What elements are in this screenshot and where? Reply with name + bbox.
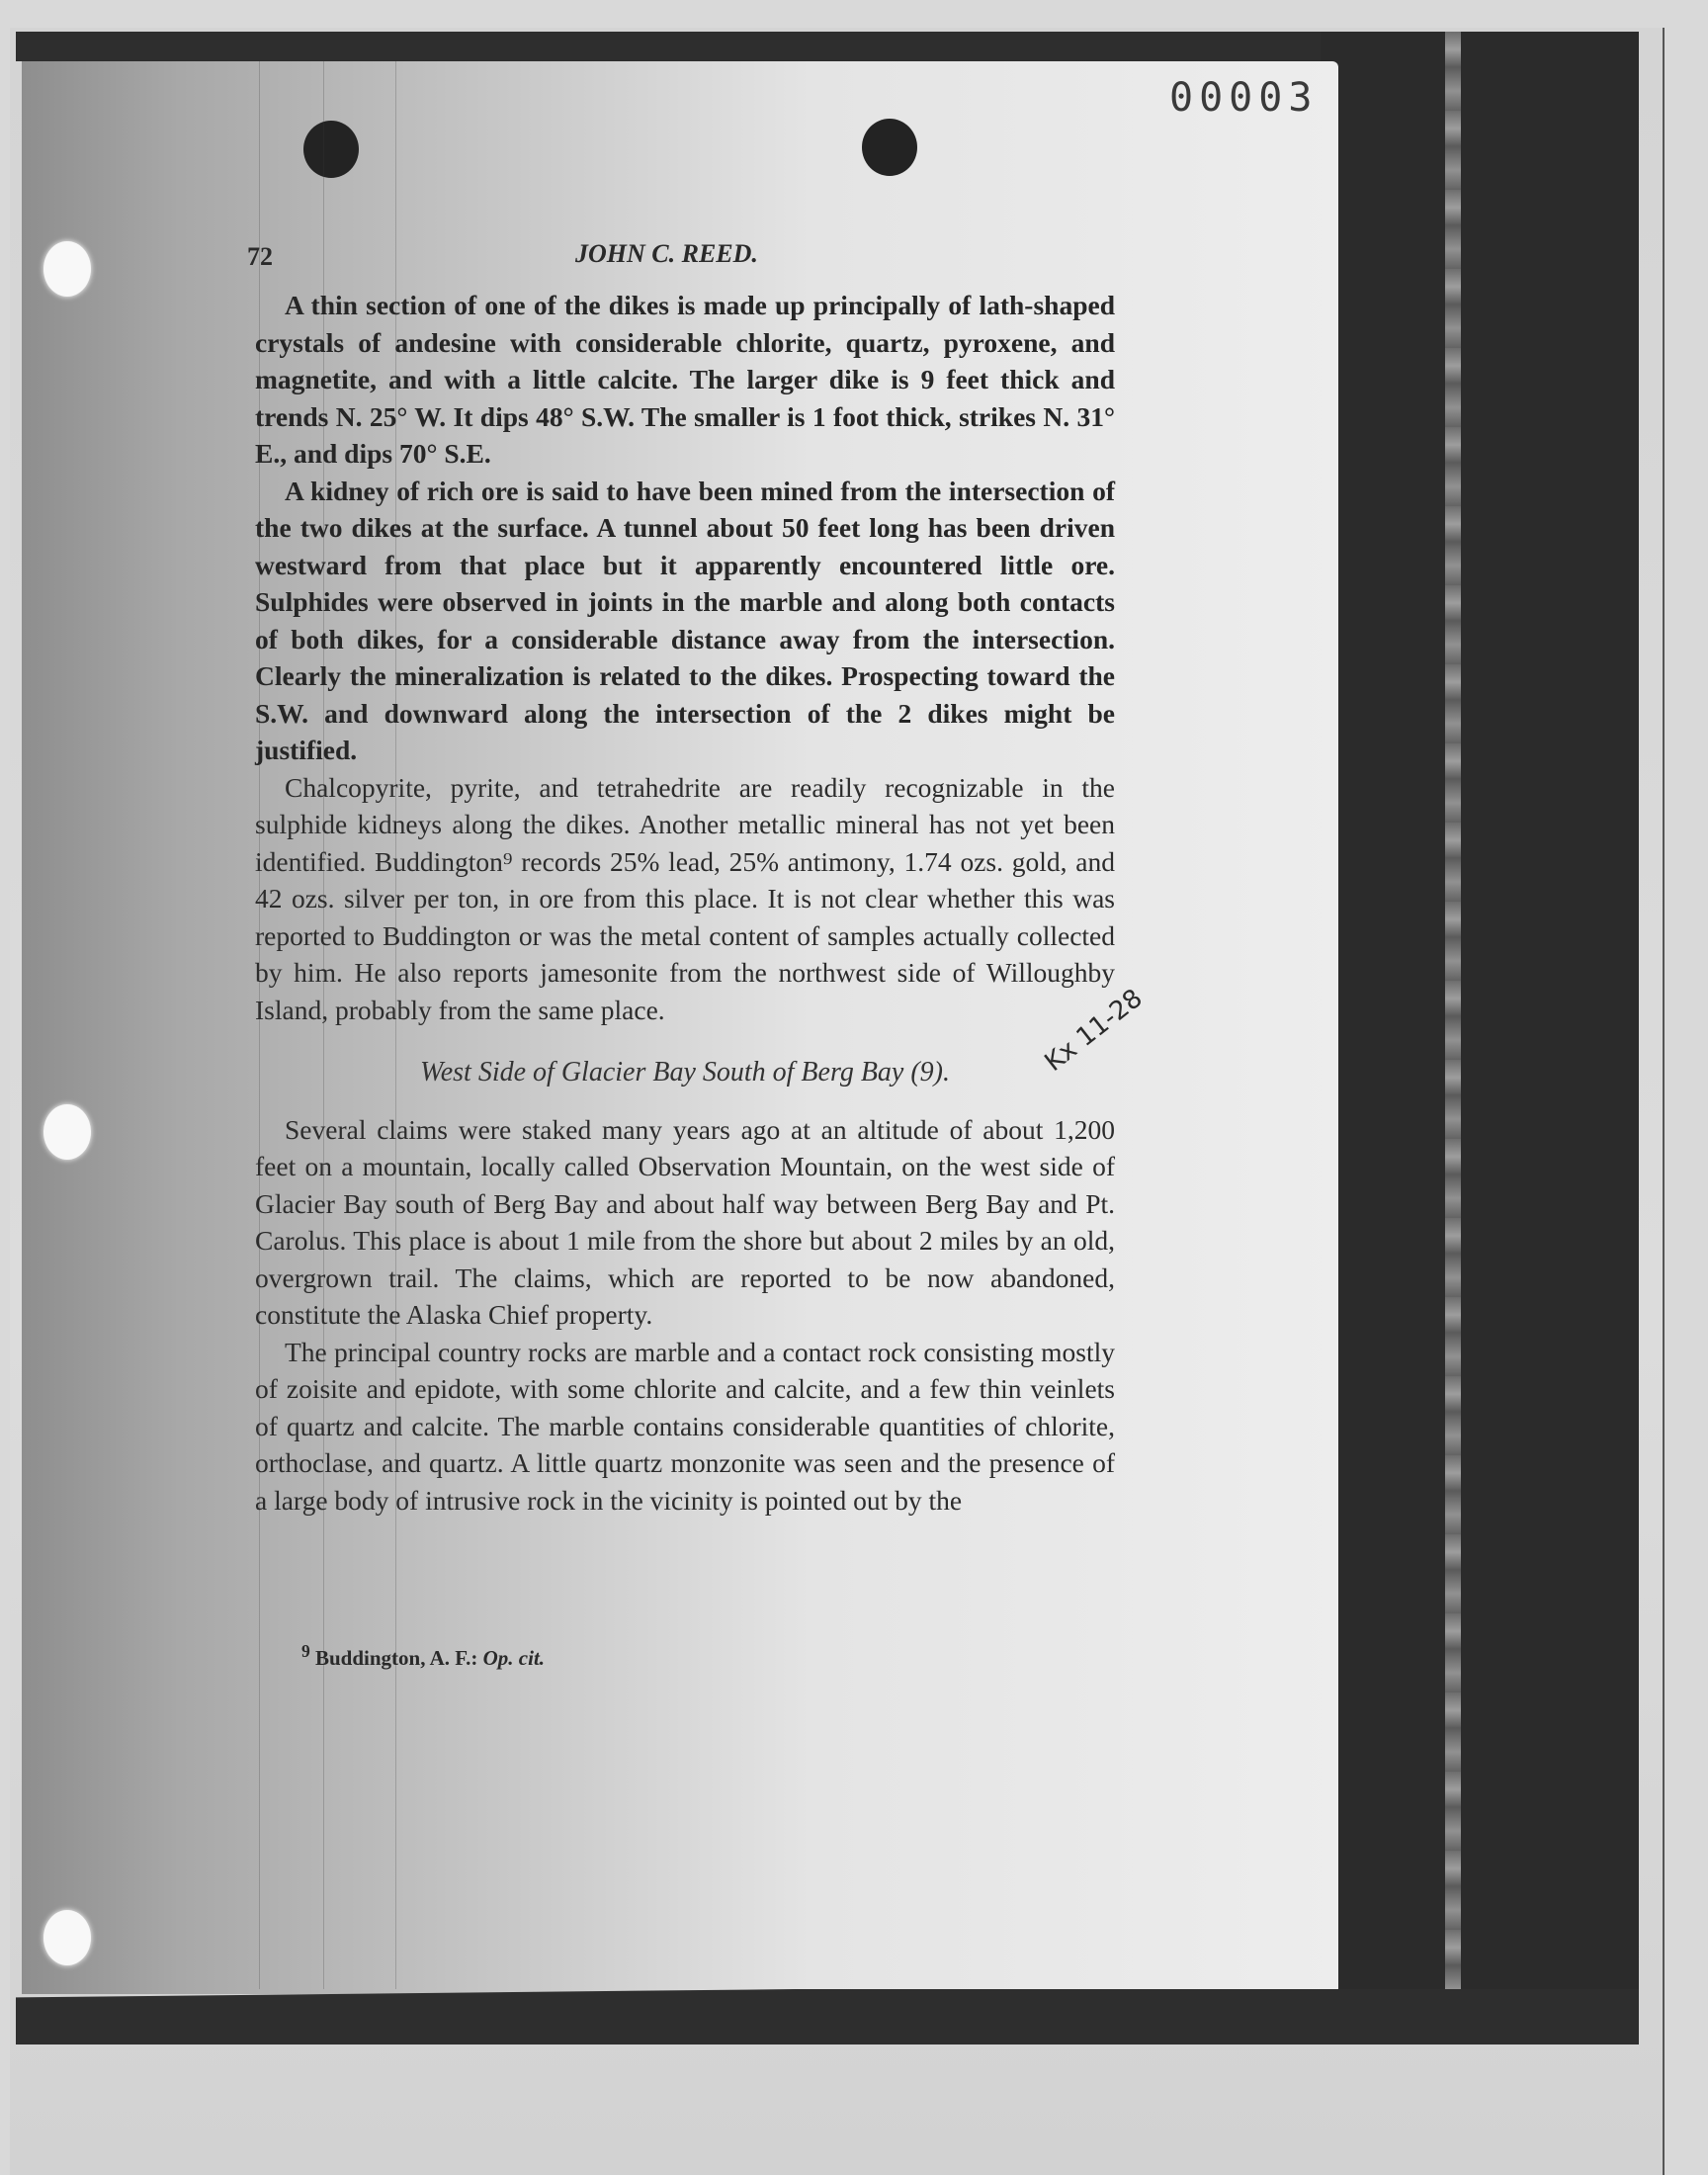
punch-hole-icon xyxy=(43,241,91,297)
frame-stamp-number: 00003 xyxy=(1169,75,1318,121)
paragraph: A kidney of rich ore is said to have bee… xyxy=(255,473,1115,769)
footnote-reference: Op. cit. xyxy=(483,1646,545,1670)
film-border-right xyxy=(1321,32,1639,2044)
running-head: JOHN C. REED. xyxy=(575,239,758,269)
paragraph: Several claims were staked many years ag… xyxy=(255,1111,1115,1334)
hole-shadow-icon xyxy=(303,121,359,178)
section-heading: West Side of Glacier Bay South of Berg B… xyxy=(255,1054,1115,1091)
paragraph: Chalcopyrite, pyrite, and tetrahedrite a… xyxy=(255,769,1115,1029)
footnote-marker: 9 xyxy=(301,1641,310,1661)
punch-hole-icon xyxy=(43,1910,91,1965)
paragraph: A thin section of one of the dikes is ma… xyxy=(255,287,1115,473)
hole-shadow-icon xyxy=(862,119,917,176)
punch-hole-icon xyxy=(43,1104,91,1160)
footnote: 9 Buddington, A. F.: Op. cit. xyxy=(301,1641,545,1671)
film-border-bottom xyxy=(16,1989,1639,2044)
body-text: A thin section of one of the dikes is ma… xyxy=(255,287,1115,1519)
binding-edge xyxy=(1445,32,1461,2044)
paragraph: The principal country rocks are marble a… xyxy=(255,1334,1115,1520)
page-number: 72 xyxy=(247,242,273,272)
footnote-author: Buddington, A. F.: xyxy=(315,1646,477,1670)
